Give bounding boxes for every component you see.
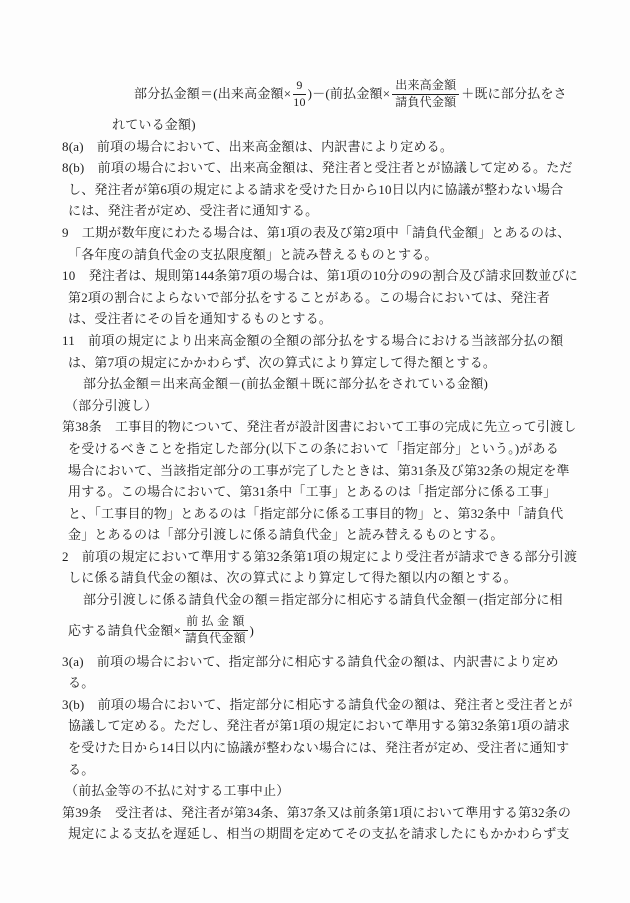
document-line: 金」とあるのは「部分引渡しに係る請負代金」と読み替えるものとする。 — [62, 524, 572, 546]
text-run: れている金額) — [112, 117, 196, 132]
text-run: 協議して定める。ただし、発注者が第1項の規定において準用する第32条第1項の請求 — [68, 718, 570, 733]
document-line: 8(b) 前項の場合において、出来高金額は、発注者と受注者とが協議して定める。た… — [62, 157, 572, 179]
text-run: 9 工期が数年度にわたる場合は、第1項の表及び第2項中「請負代金額」とあるのは、 — [62, 225, 571, 240]
text-run: )－(前払金額× — [308, 83, 391, 105]
fraction-denominator: 請負代金額 — [183, 631, 247, 646]
document-line: 場合において、当該指定部分の工事が完了したときは、第31条及び第32条の規定を準 — [62, 460, 572, 482]
text-run: 「各年度の請負代金の支払限度額」と読み替えるものとする。 — [68, 247, 438, 262]
document-line: れている金額) — [62, 114, 572, 136]
text-run: 第2項の割合によらないで部分払をすることがある。この場合においては、発注者 — [68, 290, 550, 305]
document-line: 2 前項の規定において準用する第32条第1項の規定により受注者が請求できる部分引… — [62, 546, 572, 568]
text-run: しに係る請負代金の額は、次の算式により算定して得た額以内の額とする。 — [68, 570, 517, 585]
text-run: を受けるべきことを指定した部分(以下この条において「指定部分」という。)がある — [68, 441, 559, 456]
document-line: は、第7項の規定にかかわらず、次の算式により算定して得た額とする。 — [62, 352, 572, 374]
text-run: 規定による支払を遅延し、相当の期間を定めてその支払を請求したにもかかわらず支 — [68, 826, 570, 841]
text-run: は、第7項の規定にかかわらず、次の算式により算定して得た額とする。 — [68, 355, 496, 370]
text-run: 11 前項の規定により出来高金額の全額の部分払をする場合における当該部分払の額 — [62, 333, 563, 348]
text-run: ＋既に部分払をさ — [461, 83, 567, 105]
document-line: 10 発注者は、規則第144条第7項の場合は、第1項の10分の9の割合及び請求回… — [62, 265, 572, 287]
text-run: 8(b) 前項の場合において、出来高金額は、発注者と受注者とが協議して定める。た… — [62, 160, 573, 175]
document-line: には、発注者が定め、受注者に通知する。 — [62, 200, 572, 222]
document-line: しに係る請負代金の額は、次の算式により算定して得た額以内の額とする。 — [62, 567, 572, 589]
text-run: （部分引渡し） — [65, 398, 157, 413]
document-line: 3(b) 前項の場合において、指定部分に相応する請負代金の額は、発注者と受注者と… — [62, 694, 572, 716]
document-line: し、発注者が第6項の規定による請求を受けた日から10日以内に協議が整わない場合 — [62, 179, 572, 201]
document-line: 規定による支払を遅延し、相当の期間を定めてその支払を請求したにもかかわらず支 — [62, 823, 572, 845]
document-line: （前払金等の不払に対する工事中止） — [62, 780, 572, 802]
text-run: 2 前項の規定において準用する第32条第1項の規定により受注者が請求できる部分引… — [62, 549, 577, 564]
document-line: 11 前項の規定により出来高金額の全額の部分払をする場合における当該部分払の額 — [62, 330, 572, 352]
text-run: （前払金等の不払に対する工事中止） — [65, 783, 289, 798]
text-run: 3(a) 前項の場合において、指定部分に相応する請負代金の額は、内訳書により定め — [62, 654, 559, 669]
document-line: 部分引渡しに係る請負代金の額＝指定部分に相応する請負代金額－(指定部分に相 — [62, 589, 572, 611]
text-run: 部分引渡しに係る請負代金の額＝指定部分に相応する請負代金額－(指定部分に相 — [83, 592, 563, 607]
text-run: 8(a) 前項の場合において、出来高金額は、内訳書により定める。 — [62, 139, 453, 154]
document-line: る。 — [62, 672, 572, 694]
document-line: 9 工期が数年度にわたる場合は、第1項の表及び第2項中「請負代金額」とあるのは、 — [62, 222, 572, 244]
text-run: 金」とあるのは「部分引渡しに係る請負代金」と読み替えるものとする。 — [68, 527, 504, 542]
document-line: 用する。この場合において、第31条中「工事」とあるのは「指定部分に係る工事」 — [62, 481, 572, 503]
document-line: 3(a) 前項の場合において、指定部分に相応する請負代金の額は、内訳書により定め — [62, 651, 572, 673]
document-line: 第38条 工事目的物について、発注者が設計図書において工事の完成に先立って引渡し — [62, 416, 572, 438]
text-run: 部分払金額＝出来高金額－(前払金額＋既に部分払をされている金額) — [83, 376, 488, 391]
fraction-numerator: 出来高金額 — [392, 79, 459, 95]
document-line: （部分引渡し） — [62, 395, 572, 417]
text-run: と、「工事目的物」とあるのは「指定部分に係る工事目的物」と、第32条中「請負代 — [68, 506, 563, 521]
text-run: 10 発注者は、規則第144条第7項の場合は、第1項の10分の9の割合及び請求回… — [62, 268, 578, 283]
fraction-denominator: 請負代金額 — [392, 95, 459, 110]
text-run: 部分払金額＝(出来高金額× — [134, 83, 291, 105]
fraction-numerator: 9 — [293, 79, 305, 95]
text-run: 第39条 受注者は、発注者が第34条、第37条又は前条第1項において準用する第3… — [62, 805, 571, 820]
document-line: 部分払金額＝(出来高金額×910)－(前払金額×出来高金額請負代金額＋既に部分払… — [62, 74, 572, 114]
document-line: る。 — [62, 759, 572, 781]
fraction: 出来高金額請負代金額 — [392, 79, 459, 110]
document-line: 応する請負代金額×前 払 金 額請負代金額) — [62, 611, 572, 651]
text-run: 3(b) 前項の場合において、指定部分に相応する請負代金の額は、発注者と受注者と… — [62, 697, 573, 712]
text-run: 応する請負代金額× — [68, 620, 181, 642]
text-run: る。 — [68, 762, 94, 777]
document-line: 部分払金額＝出来高金額－(前払金額＋既に部分払をされている金額) — [62, 373, 572, 395]
document-line: 第2項の割合によらないで部分払をすることがある。この場合においては、発注者 — [62, 287, 572, 309]
fraction: 前 払 金 額請負代金額 — [183, 615, 247, 646]
fraction-denominator: 10 — [293, 95, 305, 110]
text-run: る。 — [68, 675, 94, 690]
text-run: 用する。この場合において、第31条中「工事」とあるのは「指定部分に係る工事」 — [68, 484, 556, 499]
text-run: は、受注者にその旨を通知するものとする。 — [68, 311, 332, 326]
document-line: を受けた日から14日以内に協議が整わない場合には、発注者が定め、受注者に通知す — [62, 737, 572, 759]
text-run: 第38条 工事目的物について、発注者が設計図書において工事の完成に先立って引渡し — [62, 419, 576, 434]
text-run: には、発注者が定め、受注者に通知する。 — [68, 203, 318, 218]
document-page: 部分払金額＝(出来高金額×910)－(前払金額×出来高金額請負代金額＋既に部分払… — [0, 0, 630, 903]
document-line: は、受注者にその旨を通知するものとする。 — [62, 308, 572, 330]
document-line: と、「工事目的物」とあるのは「指定部分に係る工事目的物」と、第32条中「請負代 — [62, 503, 572, 525]
document-line: を受けるべきことを指定した部分(以下この条において「指定部分」という。)がある — [62, 438, 572, 460]
document-line: 「各年度の請負代金の支払限度額」と読み替えるものとする。 — [62, 244, 572, 266]
document-line: 第39条 受注者は、発注者が第34条、第37条又は前条第1項において準用する第3… — [62, 802, 572, 824]
text-run: 場合において、当該指定部分の工事が完了したときは、第31条及び第32条の規定を準 — [68, 463, 570, 478]
fraction-numerator: 前 払 金 額 — [183, 615, 247, 631]
document-line: 8(a) 前項の場合において、出来高金額は、内訳書により定める。 — [62, 136, 572, 158]
fraction: 910 — [293, 79, 305, 110]
document-line: 協議して定める。ただし、発注者が第1項の規定において準用する第32条第1項の請求 — [62, 715, 572, 737]
text-run: し、発注者が第6項の規定による請求を受けた日から10日以内に協議が整わない場合 — [68, 182, 563, 197]
text-run: を受けた日から14日以内に協議が整わない場合には、発注者が定め、受注者に通知す — [68, 740, 569, 755]
text-run: ) — [250, 620, 255, 642]
